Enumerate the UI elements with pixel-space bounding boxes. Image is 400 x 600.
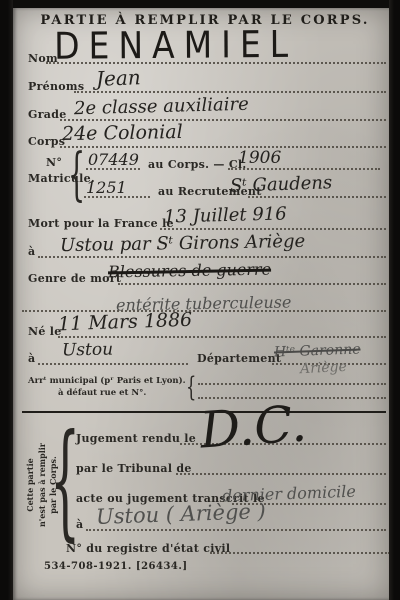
matricule-corps-dotted: [86, 168, 140, 170]
matricule-class-year-handwriting: 1906: [238, 148, 281, 168]
dc-annotation-handwriting: D.C.: [198, 394, 308, 459]
matricule-recruit-place-dotted: [248, 196, 386, 198]
registre-dotted: [210, 552, 390, 554]
nom-value-handwriting: DENAMIEL: [54, 22, 297, 68]
jugement-rendu-label: Jugement rendu le: [76, 432, 196, 445]
arr-municipal-label-line1: Arrᵗ municipal (pʳ Paris et Lyon).: [28, 376, 186, 386]
departement-correction-handwriting: Ariège: [300, 359, 348, 377]
mort-label: Mort pour la France le: [28, 217, 174, 230]
mort-lieu-value-handwriting: Ustou par Sᵗ Girons Ariège: [60, 231, 306, 256]
matricule-class-dotted: [228, 168, 380, 170]
mort-lieu-dotted-line: [38, 256, 386, 258]
genre-mort-dotted-line: [118, 283, 386, 285]
naissance-lieu-label: à: [28, 352, 35, 365]
arr-municipal-label-line2: à défaut rue et N°.: [58, 388, 146, 398]
jugement-lieu-label: à: [76, 518, 83, 531]
jugement-lieu-dotted: [86, 529, 386, 531]
scan-edge-left: [0, 0, 13, 600]
scanned-document: PARTIE À REMPLIR PAR LE CORPS. Nom DENAM…: [0, 0, 400, 600]
prenoms-dotted-line: [74, 91, 386, 93]
matricule-recruit-dotted: [84, 196, 150, 198]
scan-edge-right: [389, 0, 400, 600]
matricule-recruit-place-handwriting: Sᵗ Gaudens: [230, 172, 333, 197]
side-note-line1: Cette partie: [25, 426, 37, 544]
corps-dotted-line: [60, 146, 386, 148]
side-note-line2: n'est pas à remplir: [37, 426, 49, 544]
matricule-corps-number-handwriting: 07449: [88, 150, 139, 169]
matricule-recruit-number-handwriting: 1251: [86, 178, 127, 197]
naissance-lieu-handwriting: Ustou: [62, 340, 113, 361]
arr-municipal-brace: {: [186, 375, 196, 402]
registre-label: N° du registre d'état civil: [66, 542, 230, 555]
grade-dotted-line: [60, 119, 386, 121]
matricule-no-label: N°: [46, 156, 62, 169]
departement-label: Département: [197, 352, 281, 365]
print-reference: 534-708-1921. [26434.]: [44, 561, 188, 572]
matricule-brace: {: [68, 148, 85, 205]
prenoms-value-handwriting: Jean: [96, 65, 141, 91]
ne-le-label: Né le: [28, 325, 62, 338]
arr-municipal-dotted1: [198, 383, 386, 385]
ne-le-date-handwriting: 11 Mars 1886: [58, 309, 193, 336]
mort-dotted-line: [160, 228, 386, 230]
mort-lieu-label: à: [28, 245, 35, 258]
genre-mort-struck-handwriting: Blessures de guerre: [108, 260, 271, 282]
mort-date-handwriting: 13 Juillet 916: [164, 203, 287, 227]
tribunal-dotted: [176, 473, 386, 475]
naissance-lieu-dotted: [38, 363, 188, 365]
departement-struck-handwriting: Hᵗᵉ Garonne: [274, 341, 361, 360]
ne-le-dotted-line: [58, 336, 386, 338]
scan-edge-top: [0, 0, 400, 8]
tribunal-label: par le Tribunal de: [76, 462, 192, 475]
